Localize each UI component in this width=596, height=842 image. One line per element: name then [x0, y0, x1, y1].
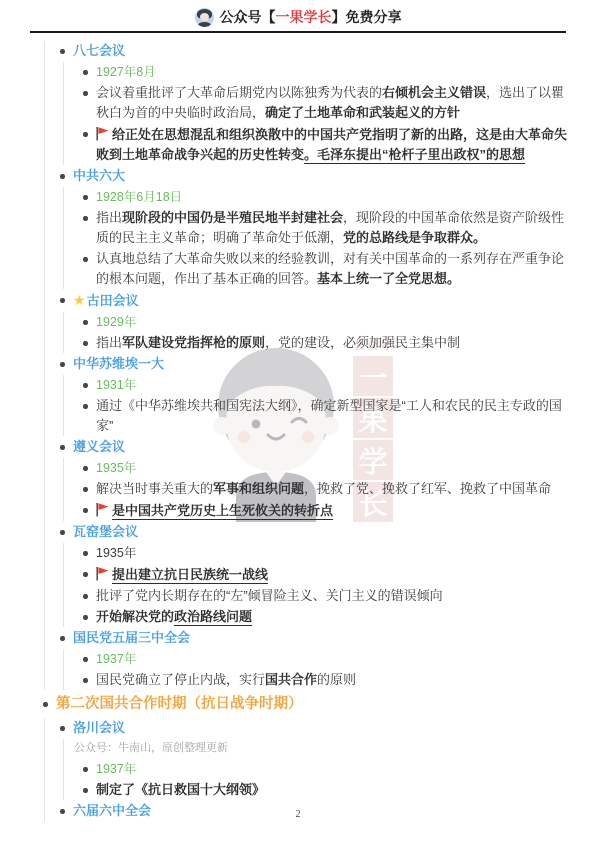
bullet-icon	[80, 124, 92, 165]
children-group: 1935年 提出建立抗日民族统一战线 批评了党内长期存在的“左”倾冒险主义、关门…	[63, 543, 568, 627]
bullet-icon	[80, 500, 92, 521]
header-title: 公众号【一果学长】免费分享	[220, 7, 402, 27]
date-text: 1937年	[96, 759, 568, 779]
date-text: 1927年8月	[96, 62, 568, 82]
bullet-icon	[80, 759, 92, 779]
star-icon: ★	[73, 292, 86, 308]
body-text: 国民党确立了停止内战，实行国共合作的原则	[96, 670, 568, 690]
body-text: 通过《中华苏维埃共和国宪法大纲》，确定新型国家是“工人和农民的民主专政的国家”	[96, 396, 568, 436]
outline-item-zhonggong-liuda: 中共六大	[57, 166, 568, 186]
page-number: 2	[0, 809, 596, 820]
bullet-icon	[80, 586, 92, 606]
bullet-icon	[80, 375, 92, 395]
outline-item-date: 1931年	[80, 375, 568, 395]
header-brand-name: 一果学长	[276, 9, 332, 25]
bullet-icon	[40, 693, 52, 715]
outline-item-date: 1927年8月	[80, 62, 568, 82]
bullet-icon	[80, 564, 92, 585]
outline-item-text: 制定了《抗日救国十大纲领》	[80, 780, 568, 800]
children-group: 1929年 指出军队建设党指挥枪的原则，党的建设，必须加强民主集中制	[63, 312, 568, 353]
bullet-icon	[57, 437, 69, 457]
body-text: 是中国共产党历史上生死攸关的转折点	[96, 500, 568, 521]
body-text: 会议着重批评了大革命后期党内以陈独秀为代表的右倾机会主义错误，选出了以瞿秋白为首…	[96, 83, 568, 123]
date-text: 1937年	[96, 649, 568, 669]
header-prefix: 公众号【	[220, 9, 276, 25]
body-text: 解决当时事关重大的军事和组织问题，挽救了党、挽救了红军、挽救了中国革命	[96, 479, 568, 499]
bullet-icon	[57, 41, 69, 61]
body-text: 制定了《抗日救国十大纲领》	[96, 780, 568, 800]
bullet-icon	[80, 670, 92, 690]
children-group: 1935年 解决当时事关重大的军事和组织问题，挽救了党、挽救了红军、挽救了中国革…	[63, 458, 568, 521]
outline-item-date: 1935年	[80, 543, 568, 563]
children-group: 1931年 通过《中华苏维埃共和国宪法大纲》，确定新型国家是“工人和农民的民主专…	[63, 375, 568, 436]
meeting-title: 中华苏维埃一大	[73, 354, 568, 374]
body-text: 指出军队建设党指挥枪的原则，党的建设，必须加强民主集中制	[96, 333, 568, 353]
section-second-period: 洛川会议 公众号：牛南山，原创整理更新 1937年 制定了《抗日救国十大纲领》 …	[44, 718, 568, 821]
outline-item-text: 认真地总结了大革命失败以来的经验教训，对有关中国革命的一系列存在严重争论的根本问…	[80, 249, 568, 289]
red-flag-icon	[96, 126, 109, 147]
section-first-period: 八七会议 1927年8月 会议着重批评了大革命后期党内以陈独秀为代表的右倾机会主…	[44, 41, 568, 690]
outline-item-suweiai-yida: 中华苏维埃一大	[57, 354, 568, 374]
bullet-icon	[80, 312, 92, 332]
bullet-icon	[80, 543, 92, 563]
header-divider	[30, 31, 566, 33]
bullet-icon	[80, 479, 92, 499]
outline-item-flagged: 给正处在思想混乱和组织涣散中的中国共产党指明了新的出路，这是由大革命失败到土地革…	[80, 124, 568, 165]
outline-item-gutian-huiyi: ★古田会议	[57, 290, 568, 311]
section-heading-second-period: 第二次国共合作时期（抗日战争时期）	[40, 693, 568, 715]
bullet-icon	[80, 62, 92, 82]
bullet-icon	[80, 83, 92, 123]
date-text: 1929年	[96, 312, 568, 332]
cartoon-boy-avatar-icon	[195, 8, 214, 27]
meeting-title: ★古田会议	[73, 290, 568, 311]
section-title: 第二次国共合作时期（抗日战争时期）	[56, 693, 568, 715]
children-group: 1928年6月18日 指出现阶段的中国仍是半殖民地半封建社会，现阶段的中国革命依…	[63, 187, 568, 289]
red-flag-icon	[96, 566, 109, 587]
red-flag-icon	[96, 502, 109, 523]
bullet-icon	[80, 396, 92, 436]
outline-item-text: 国民党确立了停止内战，实行国共合作的原则	[80, 670, 568, 690]
outline-item-date: 1935年	[80, 458, 568, 478]
children-group: 公众号：牛南山，原创整理更新 1937年 制定了《抗日救国十大纲领》	[63, 739, 568, 800]
bullet-icon	[80, 208, 92, 248]
bullet-icon	[57, 290, 69, 311]
meeting-title: 遵义会议	[73, 437, 568, 457]
children-group: 1927年8月 会议着重批评了大革命后期党内以陈独秀为代表的右倾机会主义错误，选…	[63, 62, 568, 165]
body-text: 指出现阶段的中国仍是半殖民地半封建社会，现阶段的中国革命依然是资产阶级性质的民主…	[96, 208, 568, 248]
meeting-title: 八七会议	[73, 41, 568, 61]
bullet-icon	[57, 522, 69, 542]
meeting-title: 洛川会议	[73, 718, 568, 738]
outline-item-baqi-huiyi: 八七会议	[57, 41, 568, 61]
bullet-icon	[57, 166, 69, 186]
outline-item-flagged: 是中国共产党历史上生死攸关的转折点	[80, 500, 568, 521]
outline-item-text: 指出现阶段的中国仍是半殖民地半封建社会，现阶段的中国革命依然是资产阶级性质的民主…	[80, 208, 568, 248]
note-text: 公众号：牛南山，原创整理更新	[74, 739, 568, 759]
meeting-title: 国民党五届三中全会	[73, 628, 568, 648]
meeting-title: 中共六大	[73, 166, 568, 186]
bullet-icon	[80, 649, 92, 669]
outline-item-date: 1937年	[80, 759, 568, 779]
outline-item-luochuan-huiyi: 洛川会议	[57, 718, 568, 738]
date-text: 1935年	[96, 458, 568, 478]
bullet-icon	[57, 354, 69, 374]
date-text: 1931年	[96, 375, 568, 395]
body-text: 给正处在思想混乱和组织涣散中的中国共产党指明了新的出路，这是由大革命失败到土地革…	[96, 124, 568, 165]
outline-item-text: 批评了党内长期存在的“左”倾冒险主义、关门主义的错误倾向	[80, 586, 568, 606]
body-text: 开始解决党的政治路线问题	[96, 607, 568, 627]
bullet-icon	[80, 607, 92, 627]
page-header: 公众号【一果学长】免费分享	[0, 0, 596, 31]
outline-item-text: 指出军队建设党指挥枪的原则，党的建设，必须加强民主集中制	[80, 333, 568, 353]
bullet-icon	[80, 249, 92, 289]
bullet-icon	[80, 333, 92, 353]
outline-item-date: 1928年6月18日	[80, 187, 568, 207]
bullet-icon	[80, 187, 92, 207]
header-suffix: 】免费分享	[332, 9, 402, 25]
outline-item-text: 解决当时事关重大的军事和组织问题，挽救了党、挽救了红军、挽救了中国革命	[80, 479, 568, 499]
outline-item-text: 通过《中华苏维埃共和国宪法大纲》，确定新型国家是“工人和农民的民主专政的国家”	[80, 396, 568, 436]
children-group: 1937年 国民党确立了停止内战，实行国共合作的原则	[63, 649, 568, 690]
body-text: 批评了党内长期存在的“左”倾冒险主义、关门主义的错误倾向	[96, 586, 568, 606]
outline-item-text: 开始解决党的政治路线问题	[80, 607, 568, 627]
bullet-icon	[80, 780, 92, 800]
date-text: 1935年	[96, 543, 568, 563]
outline-item-text: 会议着重批评了大革命后期党内以陈独秀为代表的右倾机会主义错误，选出了以瞿秋白为首…	[80, 83, 568, 123]
bullet-icon	[57, 628, 69, 648]
outline-item-wujie-sanzhong: 国民党五届三中全会	[57, 628, 568, 648]
meeting-title: 瓦窑堡会议	[73, 522, 568, 542]
body-text: 提出建立抗日民族统一战线	[96, 564, 568, 585]
bullet-icon	[57, 718, 69, 738]
date-text: 1928年6月18日	[96, 187, 568, 207]
bullet-icon	[80, 458, 92, 478]
outline-item-zunyi-huiyi: 遵义会议	[57, 437, 568, 457]
outline-item-date: 1937年	[80, 649, 568, 669]
outline-item-date: 1929年	[80, 312, 568, 332]
outline-item-wayaobu-huiyi: 瓦窑堡会议	[57, 522, 568, 542]
outline-document: 八七会议 1927年8月 会议着重批评了大革命后期党内以陈独秀为代表的右倾机会主…	[0, 33, 596, 821]
outline-item-flagged: 提出建立抗日民族统一战线	[80, 564, 568, 585]
body-text: 认真地总结了大革命失败以来的经验教训，对有关中国革命的一系列存在严重争论的根本问…	[96, 249, 568, 289]
